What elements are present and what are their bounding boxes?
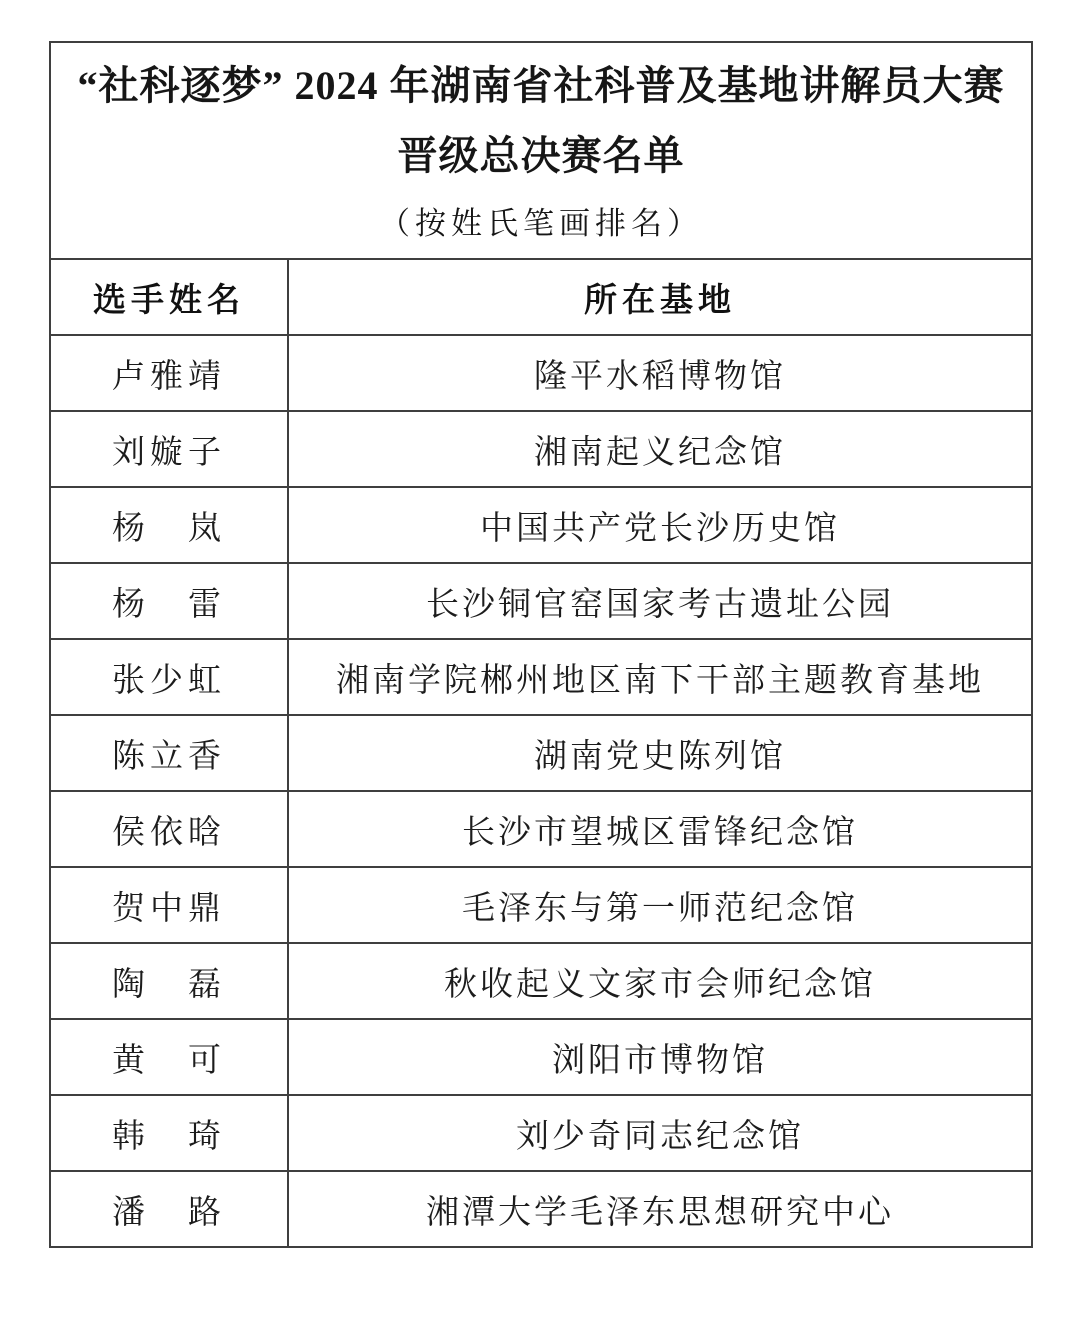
- table-row: 潘 路 湘潭大学毛泽东思想研究中心: [50, 1171, 1032, 1247]
- base-name: 中国共产党长沙历史馆: [288, 487, 1032, 563]
- sorting-note: （按姓氏笔画排名）: [51, 188, 1031, 254]
- player-name: 卢雅靖: [50, 335, 288, 411]
- player-name: 刘嫙子: [50, 411, 288, 487]
- base-name: 浏阳市博物馆: [288, 1019, 1032, 1095]
- player-name: 陶 磊: [50, 943, 288, 1019]
- player-name: 侯依晗: [50, 791, 288, 867]
- base-name: 秋收起义文家市会师纪念馆: [288, 943, 1032, 1019]
- header-base: 所在基地: [288, 259, 1032, 335]
- player-name: 张少虹: [50, 639, 288, 715]
- table-row: 陈立香 湖南党史陈列馆: [50, 715, 1032, 791]
- table-row: 张少虹 湘南学院郴州地区南下干部主题教育基地: [50, 639, 1032, 715]
- table-row: 杨 岚 中国共产党长沙历史馆: [50, 487, 1032, 563]
- header-player-name: 选手姓名: [50, 259, 288, 335]
- base-name: 湖南党史陈列馆: [288, 715, 1032, 791]
- table-row: 韩 琦 刘少奇同志纪念馆: [50, 1095, 1032, 1171]
- player-name: 黄 可: [50, 1019, 288, 1095]
- base-name: 湘南起义纪念馆: [288, 411, 1032, 487]
- table-header-row: 选手姓名 所在基地: [50, 259, 1032, 335]
- table-row: 卢雅靖 隆平水稻博物馆: [50, 335, 1032, 411]
- player-name: 贺中鼎: [50, 867, 288, 943]
- base-name: 湘南学院郴州地区南下干部主题教育基地: [288, 639, 1032, 715]
- table-row: 贺中鼎 毛泽东与第一师范纪念馆: [50, 867, 1032, 943]
- table-row: 陶 磊 秋收起义文家市会师纪念馆: [50, 943, 1032, 1019]
- title-cell: “社科逐梦” 2024 年湖南省社科普及基地讲解员大赛 晋级总决赛名单 （按姓氏…: [50, 42, 1032, 259]
- base-name: 隆平水稻博物馆: [288, 335, 1032, 411]
- player-name: 潘 路: [50, 1171, 288, 1247]
- roster-table: “社科逐梦” 2024 年湖南省社科普及基地讲解员大赛 晋级总决赛名单 （按姓氏…: [49, 41, 1033, 1248]
- table-row: 黄 可 浏阳市博物馆: [50, 1019, 1032, 1095]
- base-name: 毛泽东与第一师范纪念馆: [288, 867, 1032, 943]
- player-name: 杨 岚: [50, 487, 288, 563]
- base-name: 长沙市望城区雷锋纪念馆: [288, 791, 1032, 867]
- player-name: 陈立香: [50, 715, 288, 791]
- title-row: “社科逐梦” 2024 年湖南省社科普及基地讲解员大赛 晋级总决赛名单 （按姓氏…: [50, 42, 1032, 259]
- table-row: 杨 雷 长沙铜官窑国家考古遗址公园: [50, 563, 1032, 639]
- table-row: 侯依晗 长沙市望城区雷锋纪念馆: [50, 791, 1032, 867]
- document-title-line-2: 晋级总决赛名单: [51, 118, 1031, 188]
- document-title-line-1: “社科逐梦” 2024 年湖南省社科普及基地讲解员大赛: [51, 48, 1031, 118]
- base-name: 湘潭大学毛泽东思想研究中心: [288, 1171, 1032, 1247]
- base-name: 长沙铜官窑国家考古遗址公园: [288, 563, 1032, 639]
- table-row: 刘嫙子 湘南起义纪念馆: [50, 411, 1032, 487]
- player-name: 韩 琦: [50, 1095, 288, 1171]
- base-name: 刘少奇同志纪念馆: [288, 1095, 1032, 1171]
- document-page: “社科逐梦” 2024 年湖南省社科普及基地讲解员大赛 晋级总决赛名单 （按姓氏…: [0, 0, 1080, 1317]
- player-name: 杨 雷: [50, 563, 288, 639]
